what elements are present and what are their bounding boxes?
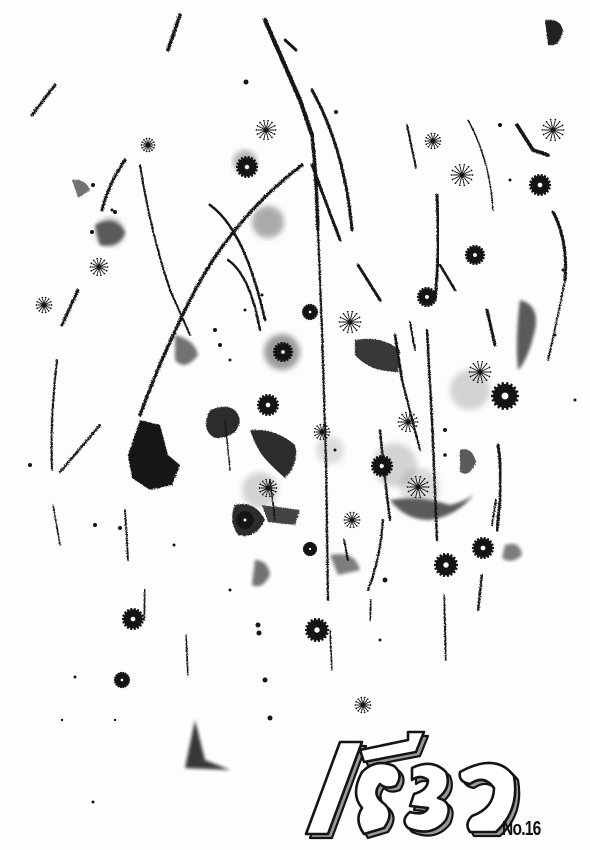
seedhead-icon	[123, 609, 143, 629]
seedhead-icon	[451, 164, 474, 186]
seedheads-layer	[36, 119, 565, 713]
seedhead-icon	[425, 133, 442, 149]
seedhead-icon	[141, 138, 156, 152]
seedhead-icon	[274, 343, 292, 361]
seedhead-icon	[466, 246, 484, 264]
seedhead-icon	[542, 119, 565, 141]
seedhead-icon	[372, 456, 392, 476]
magazine-cover: No.16 เรียว	[0, 0, 590, 850]
seedhead-icon	[90, 258, 109, 276]
seedhead-icon	[339, 311, 362, 333]
seedhead-icon	[237, 512, 253, 528]
seedhead-icon	[237, 157, 257, 177]
ink-artwork	[0, 0, 590, 850]
seedhead-icon	[256, 120, 277, 140]
issue-number: No.16	[502, 818, 541, 841]
seedhead-icon	[418, 288, 436, 306]
seedhead-icon	[115, 673, 129, 687]
seedhead-icon	[303, 305, 317, 319]
seedhead-icon	[473, 538, 493, 558]
seedhead-icon	[306, 619, 328, 641]
masthead-logo	[300, 728, 530, 840]
seedhead-icon	[258, 395, 278, 415]
seedhead-icon	[530, 175, 550, 195]
seedhead-icon	[355, 697, 372, 713]
seedhead-icon	[435, 554, 457, 576]
seedhead-icon	[492, 383, 518, 409]
blots-layer	[72, 20, 563, 770]
seedhead-icon	[344, 512, 361, 528]
masthead-glyph	[306, 742, 362, 834]
stems-layer	[32, 15, 566, 675]
seedhead-icon	[304, 543, 316, 555]
seedhead-icon	[36, 297, 53, 313]
